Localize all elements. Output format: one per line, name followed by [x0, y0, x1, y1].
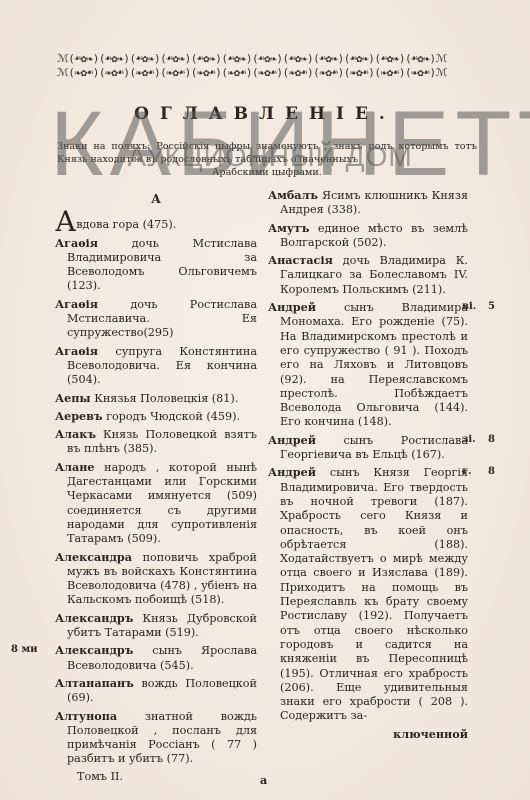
entry-text: сынъ Князя Георгія Владимировича. Его тв… — [280, 466, 468, 722]
index-entry: Агаѳія супруга Констянтина Всеволодовича… — [55, 344, 257, 388]
index-entry: Агаѳія дочь Мстислава Владимировича за В… — [55, 236, 257, 294]
index-entry: Александра поповичь храброй мужъ въ войс… — [55, 550, 257, 608]
entry-text: Князья Половецкія (81). — [91, 392, 239, 405]
drop-cap: А — [55, 205, 76, 238]
entry-head: Александръ — [55, 611, 133, 625]
index-entry: ві. 5 Андрей сынъ Владимира Мономаха. Ег… — [268, 300, 468, 430]
left-column: А Авдова гора (475). Агаѳія дочь Мстисла… — [55, 192, 257, 786]
section-letter: А — [55, 192, 257, 206]
entry-head: Агаѳія — [55, 297, 98, 311]
entry-head: Алане — [55, 460, 95, 474]
margin-note: ві. — [474, 300, 476, 314]
book-page: ℳ(☙✿❧)(☙✿❧)(☙✿❧)(☙✿❧)(☙✿❧)(☙✿❧)(☙✿❧)(☙✿❧… — [0, 0, 530, 800]
signature-mark: а — [260, 773, 267, 787]
notice-text: Знаки на поляхъ: Россійскія цыфры знамен… — [57, 141, 477, 165]
entry-head: Агаѳія — [55, 236, 98, 250]
index-entry: Авдова гора (475). — [55, 212, 257, 232]
entry-text: городъ Чюдской (459). — [103, 410, 241, 423]
entry-head: Амутъ — [268, 221, 310, 235]
ornamental-border-bottom-row: ℳ(❧✿☙)(❧✿☙)(❧✿☙)(❧✿☙)(❧✿☙)(❧✿☙)(❧✿☙)(❧✿☙… — [57, 66, 465, 80]
entry-head: Андрей — [268, 300, 316, 314]
index-entry: Агаѳія дочь Ростислава Мстиславича. Ея с… — [55, 297, 257, 341]
notice-last-line: Арабскими цыфрами. — [57, 166, 477, 179]
margin-note: 8 ми — [23, 643, 39, 657]
entry-head: Алакъ — [55, 427, 96, 441]
page-title: ОГЛАВЛЕНІЕ. — [0, 104, 530, 124]
entry-head: Алтанапанъ — [55, 676, 134, 690]
index-entry: Аепы Князья Половецкія (81). — [55, 391, 257, 406]
index-entry: Алтунопа знатной вождь Половецкой , посл… — [55, 709, 257, 767]
entry-head: Андрей — [268, 433, 316, 447]
right-column: Амбалъ Ясимъ клюшникъ Князя Андрея (338)… — [268, 188, 468, 741]
entry-text: Князь Половецкой взятъ въ плѣнъ (385). — [67, 428, 257, 455]
ornamental-border-top-row: ℳ(☙✿❧)(☙✿❧)(☙✿❧)(☙✿❧)(☙✿❧)(☙✿❧)(☙✿❧)(☙✿❧… — [57, 52, 465, 66]
entry-head: Алтунопа — [55, 709, 117, 723]
entry-head: Андрей — [268, 465, 316, 479]
entry-text: вдова гора (475). — [76, 218, 176, 231]
entry-head: Амбалъ — [268, 188, 318, 202]
index-entry: г. 8 Андрей сынъ Князя Георгія Владимиро… — [268, 465, 468, 723]
index-entry: Амбалъ Ясимъ клюшникъ Князя Андрея (338)… — [268, 188, 468, 218]
entry-head: Александръ — [55, 643, 133, 657]
index-entry: Амутъ единое мѣсто въ землѣ Волгарской (… — [268, 221, 468, 251]
margin-notice: Знаки на поляхъ: Россійскія цыфры знамен… — [57, 140, 477, 179]
index-entry: Алтанапанъ вождь Половецкой (69). — [55, 676, 257, 706]
entry-head: Аеревъ — [55, 409, 103, 423]
entry-head: Александра — [55, 550, 132, 564]
entry-text: народъ , которой нынѣ Дагестанцами или Г… — [67, 461, 257, 545]
index-entry: Аеревъ городъ Чюдской (459). — [55, 409, 257, 424]
entry-head: Анастасія — [268, 253, 333, 267]
entry-head: Аепы — [55, 391, 91, 405]
index-entry: 8 миАлександръ сынъ Ярослава Всеволодови… — [55, 643, 257, 673]
index-entry: Анастасія дочь Владимира К. Галицкаго за… — [268, 253, 468, 297]
page-footer: Томъ II. а — [55, 770, 257, 786]
entry-text: сынъ Владимира Мономаха. Его рожденіе (7… — [280, 301, 468, 428]
index-entry: Алане народъ , которой нынѣ Дагестанцами… — [55, 460, 257, 547]
catchword: ключенной — [268, 727, 468, 741]
index-entry: Алакъ Князь Половецкой взятъ въ плѣнъ (3… — [55, 427, 257, 457]
index-entry: зі. 8 Андрей сынъ Ростислава Георгіевича… — [268, 433, 468, 463]
margin-note: зі. — [474, 433, 476, 447]
volume-label: Томъ II. — [77, 770, 123, 784]
entry-head: Агаѳія — [55, 344, 98, 358]
index-entry: Александръ Князь Дубровской убитъ Татара… — [55, 611, 257, 641]
